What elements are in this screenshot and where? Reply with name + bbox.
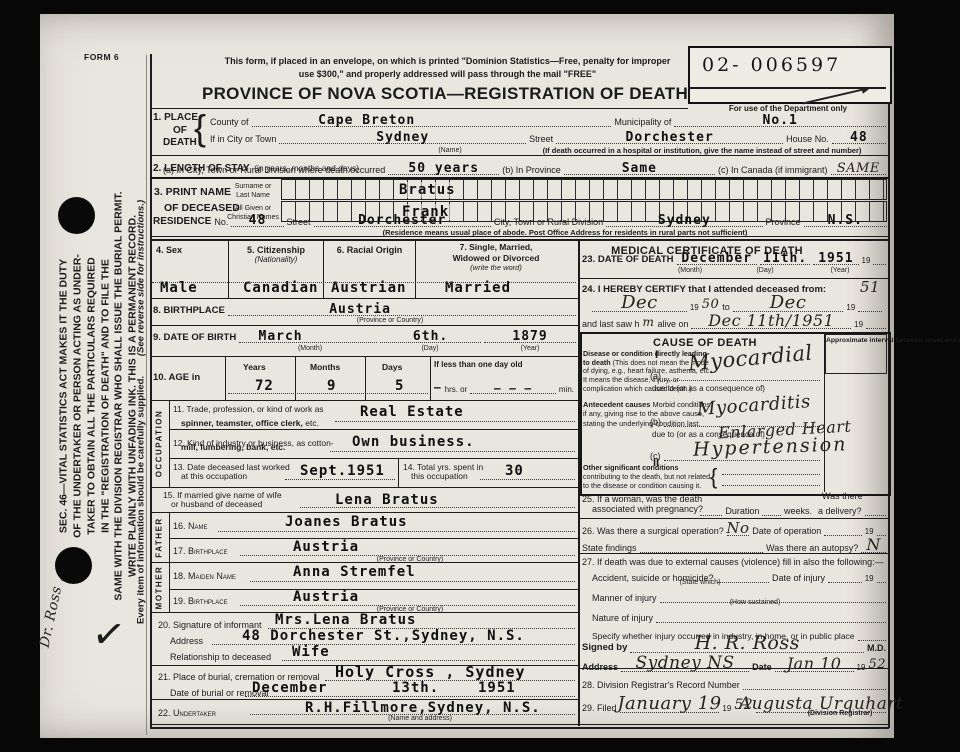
stay-b-label: (b) In Province [502, 165, 561, 175]
rule [323, 239, 324, 298]
father-name-label: 16. Name [173, 521, 208, 531]
delivery-field [865, 503, 886, 516]
stay-c-label: (c) In Canada (if immigrant) [718, 165, 828, 175]
rule [150, 724, 889, 725]
father-strip: FATHER [150, 512, 168, 562]
label: Widowed or Divorced [420, 253, 572, 264]
occupation-strip-label: OCCUPATION [155, 410, 164, 478]
rule [150, 108, 688, 109]
signed-date-handwritten: Jan 10 [787, 654, 842, 673]
cause-b-label: (b) [650, 417, 661, 427]
serial-box: 02- 006597 [688, 46, 892, 104]
father-birthplace-label: 17. Birthplace [173, 546, 228, 556]
alive-on-label: alive on [657, 319, 688, 329]
house-no-value: 48 [850, 130, 868, 145]
delivery-label-1: Was there [822, 491, 863, 501]
signed-by-field: H. R. Ross [630, 640, 864, 653]
death-year-field: 1951 [813, 252, 858, 265]
rule [150, 239, 889, 241]
house-no-field: 48 [832, 131, 886, 144]
sex-label: 4. Sex [156, 245, 182, 255]
residence-city-field: Sydney [606, 214, 762, 227]
death-day-value: 11th. [763, 251, 807, 266]
division-registrar-subnote: (Division Registrar) [790, 710, 890, 717]
supply-note: Every item of information should be care… [136, 376, 147, 624]
citizenship-label: 5. Citizenship (Nationality) [232, 245, 320, 264]
rule-dotted [285, 479, 395, 480]
birth-day-field: 6th. [380, 330, 481, 343]
stay-c-handwritten: SAME [837, 161, 880, 176]
age-months-label: Months [310, 362, 340, 372]
duration-field [762, 503, 781, 516]
stay-b-value: Same [622, 161, 657, 176]
brace-glyph: { [710, 464, 717, 490]
father-strip-label: FATHER [155, 517, 164, 557]
age-days-label: Days [382, 362, 402, 372]
operation-date-label: Date of operation [752, 526, 821, 536]
surname-sublabel: Surname orLast Name [228, 182, 278, 200]
rule-dotted [335, 421, 575, 422]
filed-date-handwritten: January 19 [617, 693, 721, 714]
label: Other significant conditions [583, 463, 678, 472]
death-month-subnote: (Month) [660, 267, 720, 274]
rule-dotted [722, 485, 820, 486]
cause-a-label: (a) [650, 371, 661, 381]
rule [169, 589, 578, 590]
burial-place-value: Holy Cross , Sydney [335, 663, 526, 681]
date-of-death-label: 23. DATE OF DEATH [582, 254, 674, 265]
label: etc. [303, 418, 319, 428]
mother-name-label: 18. Maiden Name [173, 571, 236, 581]
stay-a-value: 50 years [408, 161, 479, 176]
total-years-value: 30 [505, 463, 524, 479]
physician-address-field: Sydney NS [621, 659, 749, 672]
total-years-label-2: this occupation [411, 471, 468, 481]
label: contributing to the death, but not relat… [583, 472, 710, 490]
rule-dotted [282, 660, 575, 661]
nature-injury-field [656, 610, 886, 623]
label: 1. PLACE [153, 112, 198, 125]
envelope-note: This form, if placed in an envelope, on … [205, 55, 690, 80]
informant-address-value: 48 Dorchester St.,Sydney, N.S. [242, 628, 525, 644]
autopsy-handwritten: N [866, 535, 881, 554]
physician-address-handwritten: Sydney NS [636, 653, 735, 673]
label: Antecedent causes [583, 400, 650, 409]
physician-address-label: Address [582, 662, 618, 672]
month-subnote: (Month) [270, 345, 350, 352]
residence-street-label: Street [287, 217, 311, 227]
label: Surname or [228, 182, 278, 191]
birthplace-subnote: (Province or Country) [300, 317, 480, 324]
age-years-value: 72 [255, 378, 274, 394]
due-to-label-1: due to (or as a consequence of) [652, 384, 765, 393]
place-of-death-label: 1. PLACE OF DEATH [153, 112, 198, 150]
county-value: Cape Breton [318, 113, 415, 128]
birth-year-value: 1879 [512, 329, 547, 344]
undertaker-label: 22. Undertaker [158, 708, 216, 718]
rule [225, 356, 226, 400]
surname-value: Bratus [397, 182, 458, 198]
county-field: Cape Breton [252, 114, 612, 127]
rule [150, 298, 578, 299]
label: 3. PRINT NAME [154, 185, 240, 201]
md-label: M.D. [867, 643, 886, 653]
record-number-label: 28. Division Registrar's Record Number [582, 680, 740, 690]
street-value: Dorchester [626, 130, 714, 145]
manner-injury-label: Manner of injury [592, 593, 657, 603]
residence-no-field: 48 [231, 214, 283, 227]
state-which-subnote: (State which) [660, 579, 740, 586]
from-year-handwritten: 50 [702, 297, 720, 312]
rule-dotted [330, 451, 575, 452]
label: Last Name [228, 191, 278, 200]
informant-address-label: Address [170, 636, 203, 646]
age-infant-label: If less than one day old [434, 360, 522, 369]
duration-label: Duration [725, 506, 759, 516]
year-field [873, 252, 886, 265]
brace-glyph: { [194, 107, 206, 149]
year-subnote: (Year) [500, 345, 560, 352]
signed-date-label: Date [752, 662, 772, 672]
spouse-value: Lena Bratus [335, 492, 439, 508]
racial-origin-label: 6. Racial Origin [327, 245, 412, 255]
rule [578, 553, 889, 554]
occupation-strip: OCCUPATION [150, 400, 168, 487]
label: 5. Citizenship [232, 245, 320, 255]
residence-label: RESIDENCE [153, 216, 211, 227]
external-causes-label: 27. If death was due to external causes … [582, 557, 884, 567]
pen-arrow-head [861, 86, 869, 93]
birth-day-value: 6th. [413, 329, 448, 344]
house-no-label: House No. [786, 134, 829, 144]
last-saw-mark: m [643, 315, 655, 329]
label: DEATH [153, 137, 198, 150]
birth-month-field: March [239, 330, 377, 343]
label: spinner, teamster, office clerk, [181, 418, 303, 428]
year-prefix: 19 [865, 574, 874, 583]
rule [169, 512, 170, 562]
delivery-label-2: a delivery? [818, 506, 862, 516]
operation-label: 26. Was there a surgical operation? [582, 526, 724, 536]
death-month-field: December [677, 252, 757, 265]
age-hrs-mark: — [434, 381, 442, 394]
rule-dotted [245, 696, 575, 697]
birth-month-value: March [258, 329, 302, 344]
physician-signature-handwritten: H. R. Ross [695, 632, 800, 654]
father-birthplace-value: Austria [293, 539, 359, 555]
rule [169, 429, 578, 430]
age-hrs-label: hrs. or [445, 385, 468, 394]
checkmark-pen: ✓ [89, 610, 129, 660]
residence-city-value: Sydney [658, 213, 711, 228]
rule [430, 356, 431, 400]
state-findings-label: State findings [582, 543, 637, 553]
street-label: Street [529, 134, 553, 144]
stay-b-field: Same [564, 162, 715, 175]
interval-header: Approximate interval between onset and d… [825, 334, 887, 374]
mother-birthplace-value: Austria [293, 589, 359, 605]
rule [578, 668, 889, 669]
city-field: Sydney [279, 131, 526, 144]
last-alive-handwritten: Dec 11th/1951 [708, 311, 834, 330]
rule [150, 400, 578, 401]
weeks-label: weeks. [784, 506, 812, 516]
last-saw-label: and last saw h [582, 319, 640, 329]
label: All Given or [226, 204, 280, 213]
margin-notice-line: OF THE UNDERTAKER OR PERSON ACTING AS UN… [71, 115, 85, 677]
industry-value: Own business. [352, 434, 475, 450]
rule [150, 356, 578, 357]
rule-dotted [228, 393, 428, 394]
attended-to-handwritten: Dec [770, 292, 807, 313]
record-number-field [743, 677, 886, 690]
rule [228, 239, 229, 298]
rule [150, 155, 889, 156]
serial-number: 02- 006597 [702, 54, 841, 76]
signed-date-field: Jan 10 [775, 659, 854, 672]
age-min-mark: — — — [494, 382, 532, 395]
rule [169, 458, 578, 459]
death-year-subnote: (Year) [815, 267, 865, 274]
injury-year-field [877, 570, 886, 583]
rule [150, 727, 889, 729]
mother-strip: MOTHER [150, 562, 168, 612]
marital-status-label: 7. Single, Married, Widowed or Divorced … [420, 242, 572, 273]
year-prefix: 19 [690, 303, 699, 312]
municipality-label: Municipality of [614, 117, 671, 127]
filed-date-field: January 19 [620, 700, 720, 713]
rule-dotted [480, 479, 575, 480]
residence-street-value: Dorchester [358, 213, 446, 228]
department-note: For use of the Department only [688, 104, 888, 113]
industry-label-2: mill, lumbering, bank, etc. [181, 442, 285, 452]
other-conditions-descriptor: Other significant conditions contributin… [583, 464, 711, 490]
alive-year-field [866, 316, 886, 329]
attended-from-field: Dec [592, 299, 687, 312]
autopsy-field: N [861, 540, 886, 553]
label-sub: (write the word) [420, 263, 572, 272]
year-prefix: 19 [722, 704, 731, 713]
rule [415, 239, 416, 298]
stay-a-field: 50 years [388, 162, 499, 175]
birthplace-field: Austria [228, 303, 576, 316]
hospital-note: (If death occurred in a hospital or inst… [516, 146, 888, 155]
age-days-value: 5 [395, 378, 404, 394]
rule [690, 87, 886, 89]
street-field: Dorchester [556, 131, 783, 144]
relationship-label: Relationship to deceased [170, 652, 271, 662]
rule-dotted [722, 474, 820, 475]
margin-notice-line: IN THE "REGISTRATION OF DEATH" AND TO FI… [99, 115, 113, 677]
date-injury-label: Date of injury [772, 573, 825, 583]
findings-field [640, 540, 764, 553]
operation-field: No [727, 523, 749, 536]
age-min-label: min. [559, 385, 574, 394]
filed-label: 29. Filed [582, 703, 617, 713]
trade-value: Real Estate [360, 404, 464, 420]
rule [150, 325, 578, 326]
margin-notice-line: SAME WITH THE DIVISION REGISTRAR WHO SHA… [113, 115, 127, 677]
rule-dotted [212, 644, 575, 645]
reverse-side-note: (See reverse side for instructions.) [136, 200, 147, 356]
label-sub: (Nationality) [232, 255, 320, 264]
stay-c-field: SAME [831, 162, 886, 175]
to-year-field [858, 299, 882, 312]
mother-name-value: Anna Stremfel [293, 564, 416, 580]
year-prefix: 19 [862, 256, 871, 265]
date-injury-field [828, 570, 862, 583]
burial-date-year: 1951 [478, 680, 516, 696]
municipality-value: No.1 [763, 113, 798, 128]
city-label: If in City or Town [210, 134, 276, 144]
last-worked-label-2: at this occupation [181, 471, 247, 481]
rule [169, 400, 170, 487]
municipality-field: No.1 [674, 114, 886, 127]
autopsy-label: Was there an autopsy? [766, 543, 858, 553]
residence-city-label: City, Town or Rural Division [494, 217, 603, 227]
burial-date-day: 13th. [392, 680, 439, 696]
envelope-note-line2: use $300," and properly addressed will p… [205, 68, 690, 81]
death-month-value: December [681, 251, 752, 266]
age-months-value: 9 [327, 378, 336, 394]
certify-year-handwritten: 51 [860, 278, 880, 296]
rule [169, 562, 170, 612]
name-subnote: (Name) [420, 147, 480, 154]
death-day-subnote: (Day) [740, 267, 790, 274]
rule-dotted [300, 507, 575, 508]
rule-dotted [250, 581, 575, 582]
pregnancy-label-2: associated with pregnancy? [592, 504, 703, 514]
county-label: County of [210, 117, 249, 127]
last-alive-field: Dec 11th/1951 [691, 316, 851, 329]
undertaker-subnote: (Name and address) [330, 715, 510, 722]
residence-province-value: N.S. [828, 213, 863, 228]
father-name-value: Joanes Bratus [285, 514, 408, 530]
rule-dotted [218, 531, 575, 532]
birth-year-field: 1879 [484, 330, 576, 343]
death-year-value: 1951 [818, 251, 853, 266]
rule [146, 55, 147, 735]
rule [150, 487, 578, 488]
mother-birthplace-label: 19. Birthplace [173, 596, 228, 606]
rule [150, 562, 578, 563]
nature-injury-label: Nature of injury [592, 613, 653, 623]
last-worked-value: Sept.1951 [300, 463, 385, 479]
age-years-label: Years [243, 362, 266, 372]
operation-date-field [824, 523, 861, 536]
city-value: Sydney [376, 130, 429, 145]
residence-no-value: 48 [249, 213, 267, 228]
attended-from-handwritten: Dec [621, 292, 658, 313]
operation-handwritten: No [726, 519, 749, 537]
rule-dotted [325, 680, 575, 681]
residence-street-field: Dorchester [314, 214, 491, 227]
how-sustained-subnote: (How sustained) [710, 599, 800, 606]
envelope-note-line1: This form, if placed in an envelope, on … [205, 55, 690, 68]
label: OF [153, 125, 198, 138]
label: 7. Single, Married, [420, 242, 572, 253]
residence-province-field: N.S. [804, 214, 887, 227]
year-prefix: 19 [854, 320, 863, 329]
residence-no-label: No. [214, 217, 228, 227]
form-number: FORM 6 [84, 52, 119, 62]
surname-comb-grid [281, 179, 887, 200]
rule-dotted [152, 282, 576, 283]
pregnancy-label-1: 25. If a woman, was the death [582, 494, 702, 504]
rule [398, 458, 399, 487]
burial-date-month: December [252, 680, 327, 696]
mother-strip-label: MOTHER [155, 565, 164, 609]
year-prefix: 19 [846, 303, 855, 312]
margin-notice-line: TAKER TO OBTAIN ALL THE PARTICULARS REQU… [85, 115, 99, 677]
age-label: 10. AGE in [153, 372, 200, 383]
rule [150, 512, 578, 513]
rule [150, 236, 889, 237]
rule [578, 278, 889, 279]
stay-a-label: (a) In City, Town or Rural Division wher… [163, 165, 385, 175]
day-subnote: (Day) [400, 345, 460, 352]
form-title: PROVINCE OF NOVA SCOTIA—REGISTRATION OF … [160, 84, 730, 104]
pregnancy-field [700, 503, 722, 516]
spouse-label-2: or husband of deceased [171, 499, 262, 509]
date-of-birth-label: 9. DATE OF BIRTH [153, 332, 236, 343]
pen-arrow-mark [803, 88, 868, 105]
margin-notice: SEC. 46—VITAL STATISTICS ACT MAKES IT TH… [57, 115, 140, 677]
informant-value: Mrs.Lena Bratus [275, 612, 416, 628]
residence-province-label: Province [766, 217, 801, 227]
signed-by-label: Signed by [582, 642, 627, 653]
birthplace-label: 8. BIRTHPLACE [153, 305, 225, 316]
signed-year-handwritten: 52 [868, 657, 886, 672]
death-day-field: 11th. [760, 252, 810, 265]
rule [169, 538, 578, 539]
birthplace-value: Austria [329, 302, 391, 317]
age-min-field: — — — [470, 381, 556, 394]
relationship-value: Wife [292, 644, 330, 660]
